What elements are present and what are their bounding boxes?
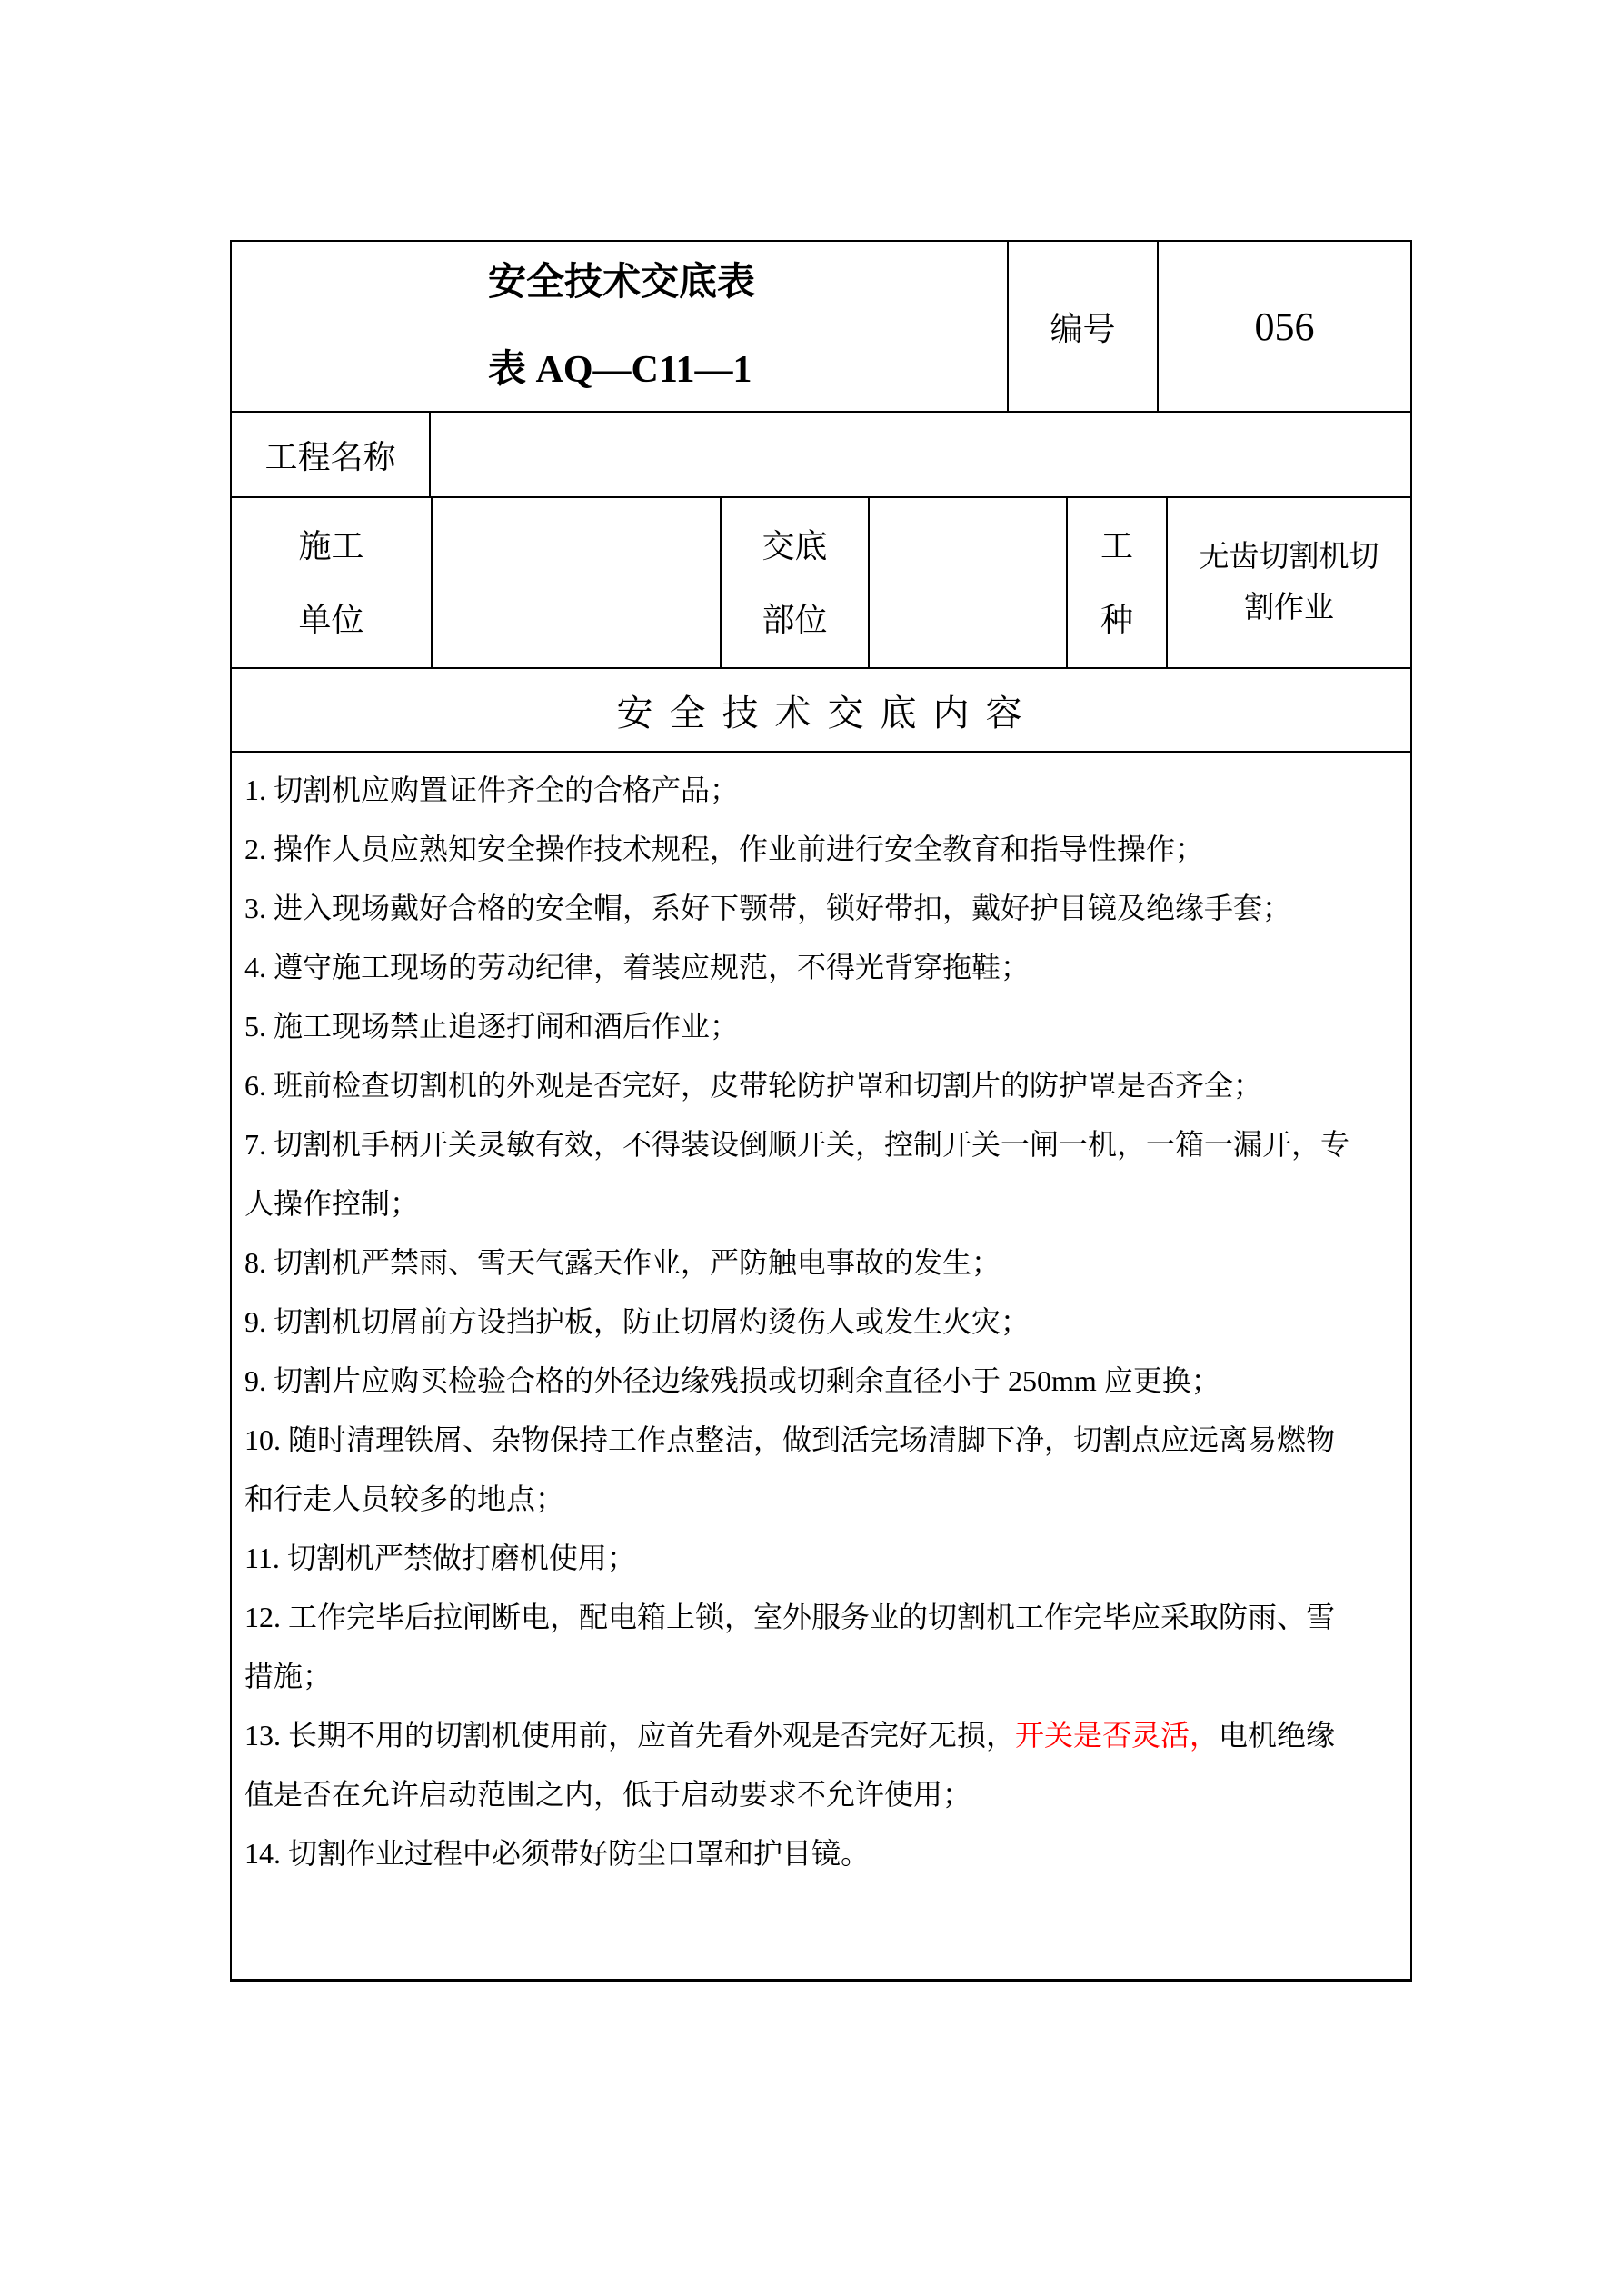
content-line: 10. 随时清理铁屑、杂物保持工作点整洁，做到活完场清脚下净，切割点应远离易燃物: [244, 1411, 1335, 1470]
section-header-row: 安 全 技 术 交 底 内 容: [232, 669, 1410, 753]
content-text: 9. 切割机切屑前方设挡护板，防止切屑灼烫伤人或发生火灾；: [244, 1305, 1030, 1338]
content-text: 12. 工作完毕后拉闸断电，配电箱上锁，室外服务业的切割机工作完毕应采取防雨、雪: [244, 1601, 1335, 1633]
content-text: 6. 班前检查切割机的外观是否完好，皮带轮防护罩和切割片的防护罩是否齐全；: [244, 1069, 1262, 1102]
project-name-row: 工程名称: [232, 413, 1410, 498]
content-line: 2. 操作人员应熟知安全操作技术规程，作业前进行安全教育和指导性操作；: [244, 820, 1204, 879]
project-name-label: 工程名称: [232, 413, 431, 496]
document-page: 安全技术交底表 表 AQ—C11—1 编号 056 工程名称 施工 单位 交底 …: [0, 0, 1623, 2296]
content-line: 5. 施工现场禁止追逐打闹和酒后作业；: [244, 997, 739, 1056]
content-line: 3. 进入现场戴好合格的安全帽，系好下颚带，锁好带扣，戴好护目镜及绝缘手套；: [244, 879, 1291, 938]
construction-unit-label-line1: 施工: [298, 530, 363, 563]
content-line: 9. 切割机切屑前方设挡护板，防止切屑灼烫伤人或发生火灾；: [244, 1293, 1030, 1352]
disclosure-part-label-line2: 部位: [762, 604, 827, 636]
form-code: 表 AQ—C11—1: [488, 326, 752, 414]
content-line: 7. 切割机手柄开关灵敏有效，不得装设倒顺开关，控制开关一闸一机，一箱一漏开，专: [244, 1115, 1349, 1174]
project-name-value-cell: [431, 413, 1410, 496]
doc-title-cell: 安全技术交底表 表 AQ—C11—1: [232, 242, 1009, 411]
content-text: 2. 操作人员应熟知安全操作技术规程，作业前进行安全教育和指导性操作；: [244, 833, 1204, 865]
work-type-value: 无齿切割机切割作业: [1195, 532, 1384, 634]
construction-unit-label: 施工 单位: [232, 498, 433, 667]
content-line: 措施；: [244, 1647, 332, 1706]
construction-unit-value-cell: [433, 498, 722, 667]
content-line: 4. 遵守施工现场的劳动纪律，着装应规范，不得光背穿拖鞋；: [244, 938, 1030, 997]
content-line: 1. 切割机应购置证件齐全的合格产品；: [244, 761, 739, 820]
content-text: 5. 施工现场禁止追逐打闹和酒后作业；: [244, 1010, 739, 1043]
content-text: 人操作控制；: [244, 1187, 419, 1220]
info-row: 施工 单位 交底 部位 工 种 无齿切割机切割作业: [232, 498, 1410, 669]
content-text: 11. 切割机严禁做打磨机使用；: [244, 1542, 636, 1574]
content-row: 1. 切割机应购置证件齐全的合格产品；2. 操作人员应熟知安全操作技术规程，作业…: [232, 753, 1410, 1979]
highlighted-text: 开关是否灵活，: [1015, 1719, 1219, 1752]
construction-unit-label-line2: 单位: [298, 604, 363, 636]
content-area: 1. 切割机应购置证件齐全的合格产品；2. 操作人员应熟知安全操作技术规程，作业…: [232, 753, 1410, 1979]
content-line: 12. 工作完毕后拉闸断电，配电箱上锁，室外服务业的切割机工作完毕应采取防雨、雪: [244, 1588, 1335, 1647]
content-text: 10. 随时清理铁屑、杂物保持工作点整洁，做到活完场清脚下净，切割点应远离易燃物: [244, 1423, 1335, 1456]
content-text: 14. 切割作业过程中必须带好防尘口罩和护目镜。: [244, 1837, 870, 1870]
content-text: 措施；: [244, 1660, 332, 1692]
safety-disclosure-table: 安全技术交底表 表 AQ—C11—1 编号 056 工程名称 施工 单位 交底 …: [230, 240, 1412, 1982]
content-line: 和行走人员较多的地点；: [244, 1470, 564, 1529]
content-text: 9. 切割片应购买检验合格的外径边缘残损或切剩余直径小于 250mm 应更换；: [244, 1364, 1220, 1397]
content-text: 1. 切割机应购置证件齐全的合格产品；: [244, 774, 739, 806]
serial-label: 编号: [1009, 242, 1159, 411]
content-line: 14. 切割作业过程中必须带好防尘口罩和护目镜。: [244, 1824, 870, 1883]
content-line: 6. 班前检查切割机的外观是否完好，皮带轮防护罩和切割片的防护罩是否齐全；: [244, 1056, 1262, 1115]
work-type-label-line2: 种: [1100, 604, 1133, 636]
work-type-value-cell: 无齿切割机切割作业: [1168, 498, 1410, 667]
content-text: 7. 切割机手柄开关灵敏有效，不得装设倒顺开关，控制开关一闸一机，一箱一漏开，专: [244, 1128, 1349, 1161]
content-line: 8. 切割机严禁雨、雪天气露天作业，严防触电事故的发生；: [244, 1233, 1001, 1293]
doc-title: 安全技术交底表: [488, 239, 755, 326]
content-line: 11. 切割机严禁做打磨机使用；: [244, 1529, 636, 1588]
title-row: 安全技术交底表 表 AQ—C11—1 编号 056: [232, 242, 1410, 413]
content-text: 值是否在允许启动范围之内，低于启动要求不允许使用；: [244, 1778, 971, 1811]
content-line: 9. 切割片应购买检验合格的外径边缘残损或切剩余直径小于 250mm 应更换；: [244, 1352, 1220, 1411]
content-line: 值是否在允许启动范围之内，低于启动要求不允许使用；: [244, 1765, 971, 1824]
work-type-label: 工 种: [1068, 498, 1168, 667]
disclosure-part-label-line1: 交底: [762, 530, 827, 563]
serial-value: 056: [1159, 242, 1410, 411]
section-title: 安 全 技 术 交 底 内 容: [232, 669, 1410, 751]
content-text: 4. 遵守施工现场的劳动纪律，着装应规范，不得光背穿拖鞋；: [244, 951, 1030, 983]
disclosure-part-label: 交底 部位: [722, 498, 870, 667]
content-line: 13. 长期不用的切割机使用前，应首先看外观是否完好无损，开关是否灵活，电机绝缘: [244, 1706, 1335, 1765]
content-text: 电机绝缘: [1219, 1719, 1335, 1752]
content-text: 8. 切割机严禁雨、雪天气露天作业，严防触电事故的发生；: [244, 1246, 1001, 1279]
content-text: 和行走人员较多的地点；: [244, 1482, 564, 1515]
work-type-label-line1: 工: [1100, 530, 1133, 563]
content-line: 人操作控制；: [244, 1174, 419, 1233]
content-text: 3. 进入现场戴好合格的安全帽，系好下颚带，锁好带扣，戴好护目镜及绝缘手套；: [244, 892, 1291, 924]
disclosure-part-value-cell: [870, 498, 1068, 667]
content-text: 13. 长期不用的切割机使用前，应首先看外观是否完好无损，: [244, 1719, 1015, 1752]
